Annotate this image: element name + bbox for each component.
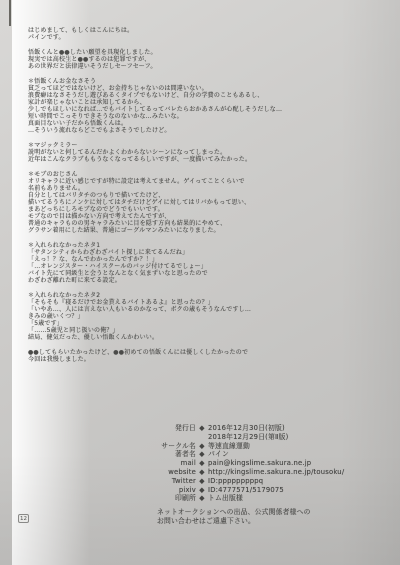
diamond-icon: ◆ <box>196 424 208 442</box>
auction-notice: ネットオークションへの出品、公式関係者様への お問い合わせはご遠慮下さい。 <box>157 508 311 525</box>
afterword-text: はじめまして、もしくはこんにちは。 パインです。 悟飯くんと●●したい願望を具現… <box>28 27 378 371</box>
diamond-icon: ◆ <box>196 468 208 477</box>
colophon-label: mail <box>0 459 196 468</box>
colophon-value: ID:pppppppppq <box>208 477 400 486</box>
colophon-row-website: website ◆ http://kingslime.sakura.ne.jp/… <box>0 468 400 477</box>
colophon-label: 著者名 <box>0 450 196 459</box>
paragraph-intro: 悟飯くんと●●したい願望を具現化しました。 現実では高校生と●●するのは犯罪です… <box>28 49 378 70</box>
paragraph-cut-scene-1: ＊入れられなかったネタ1 「サタンシティからわざわざバイト探しに来てるんだね」 … <box>28 242 378 284</box>
colophon-row-mail: mail ◆ pain@kingslime.sakura.ne.jp <box>0 459 400 468</box>
diamond-icon: ◆ <box>196 494 208 503</box>
paragraph-note-mob: ＊モブのおじさん オリキャラに近い感じですが特に設定は考えてません。ゲイってこと… <box>28 171 378 234</box>
colophon-label: 印刷所 <box>0 494 196 503</box>
diamond-icon: ◆ <box>196 477 208 486</box>
colophon-label: Twitter <box>0 477 196 486</box>
colophon-row-publish-date: 発行日 ◆ 2016年12月30日(初版) 2018年12月29日(第Ⅱ版) <box>0 424 400 442</box>
diamond-icon: ◆ <box>196 442 208 451</box>
colophon-row-printer: 印刷所 ◆ トム出版様 <box>0 494 400 503</box>
colophon-value: トム出版様 <box>208 494 400 503</box>
paragraph-note-mirror: ＊マジックミラー 説明がないと何してるんだかよくわからないシーンになってしまった… <box>28 142 378 163</box>
colophon-value: http://kingslime.sakura.ne.jp/tousoku/ <box>208 468 400 477</box>
diamond-icon: ◆ <box>196 486 208 495</box>
colophon-value: パイン <box>208 450 400 459</box>
page-number: 12 <box>20 516 27 522</box>
colophon-row-author-name: 著者名 ◆ パイン <box>0 450 400 459</box>
colophon-value: 等速直線運動 <box>208 442 400 451</box>
colophon-label: 発行日 <box>0 424 196 442</box>
colophon-label: pixiv <box>0 486 196 495</box>
colophon-value: pain@kingslime.sakura.ne.jp <box>208 459 400 468</box>
colophon-row-twitter: Twitter ◆ ID:pppppppppq <box>0 477 400 486</box>
colophon-label: website <box>0 468 196 477</box>
colophon-value: 2016年12月30日(初版) 2018年12月29日(第Ⅱ版) <box>208 424 400 442</box>
diamond-icon: ◆ <box>196 450 208 459</box>
paragraph-cut-scene-2: ＊入れられなかったネタ2 「そもそも『寝るだけでお金貰えるバイトあるよ』と思った… <box>28 292 378 341</box>
scan-artifact-line <box>9 0 11 26</box>
page-number-badge: 12 <box>18 514 29 523</box>
colophon-row-pixiv: pixiv ◆ ID:4777571/5179075 <box>0 486 400 495</box>
paragraph-note-money: ＊悟飯くんお金なさそう 貧乏ってほどではないけど、お金持ちじゃないのは間違いない… <box>28 78 378 134</box>
diamond-icon: ◆ <box>196 459 208 468</box>
colophon-label: サークル名 <box>0 442 196 451</box>
scanned-page: はじめまして、もしくはこんにちは。 パインです。 悟飯くんと●●したい願望を具現… <box>0 0 400 565</box>
colophon: 発行日 ◆ 2016年12月30日(初版) 2018年12月29日(第Ⅱ版) サ… <box>0 424 400 503</box>
paragraph-greeting: はじめまして、もしくはこんにちは。 パインです。 <box>28 27 378 41</box>
colophon-row-circle-name: サークル名 ◆ 等速直線運動 <box>0 442 400 451</box>
paragraph-closing: ●●してもらいたかったけど、●●初めての悟飯くんには優しくしたかったので 今回は… <box>28 349 378 363</box>
